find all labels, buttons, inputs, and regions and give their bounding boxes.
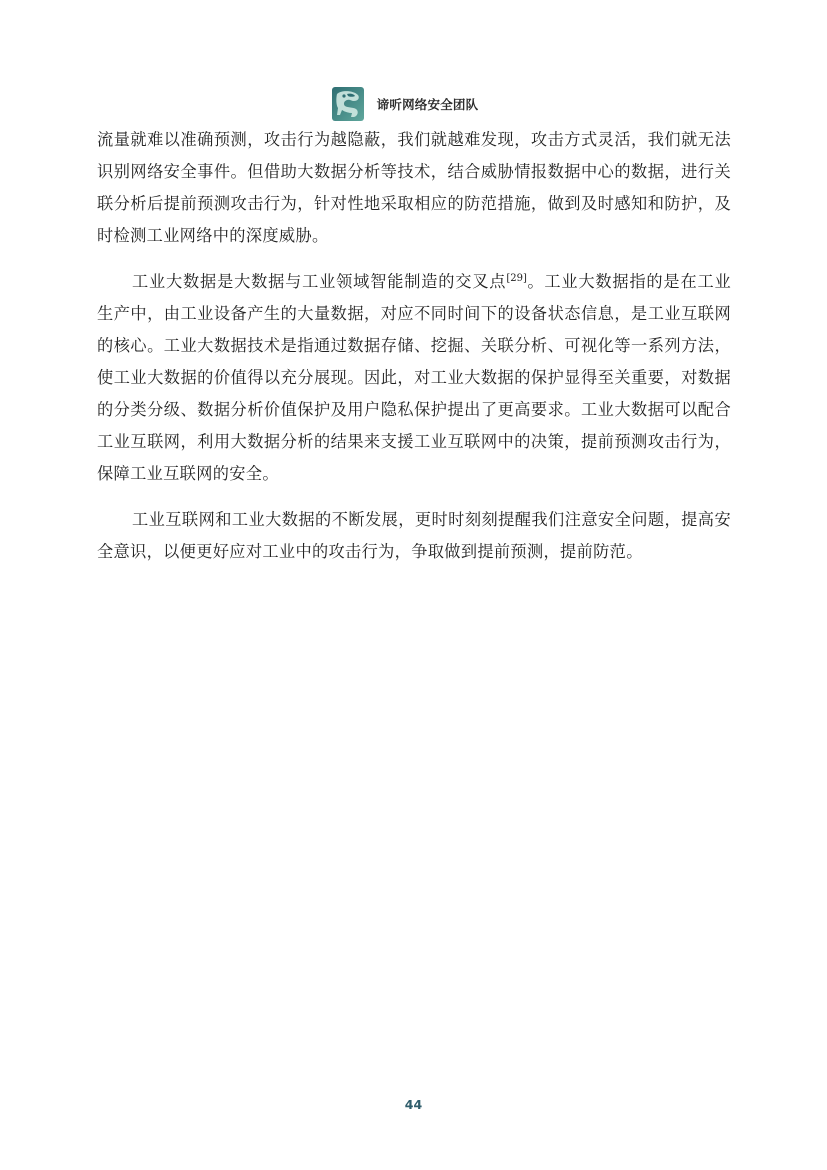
- body-content: 流量就难以准确预测，攻击行为越隐蔽，我们就越难发现，攻击方式灵活，我们就无法识别…: [97, 124, 731, 582]
- paragraph-text-before-citation: 工业大数据是大数据与工业领域智能制造的交叉点: [132, 272, 506, 291]
- paragraph-text-after-citation: 。工业大数据指的是在工业生产中，由工业设备产生的大量数据，对应不同时间下的设备状…: [97, 272, 731, 483]
- paragraph-conclusion: 工业互联网和工业大数据的不断发展，更时时刻刻提醒我们注意安全问题，提高安全意识，…: [97, 504, 731, 568]
- page-number: 44: [0, 1097, 827, 1112]
- team-logo-icon: [331, 86, 365, 122]
- header-title: 谛听网络安全团队: [377, 95, 479, 113]
- paragraph-industrial-big-data: 工业大数据是大数据与工业领域智能制造的交叉点[29]。工业大数据指的是在工业生产…: [97, 266, 731, 490]
- page-header: 谛听网络安全团队: [0, 84, 827, 124]
- paragraph-threat-prediction: 流量就难以准确预测，攻击行为越隐蔽，我们就越难发现，攻击方式灵活，我们就无法识别…: [97, 124, 731, 252]
- citation-reference: [29]: [506, 273, 527, 284]
